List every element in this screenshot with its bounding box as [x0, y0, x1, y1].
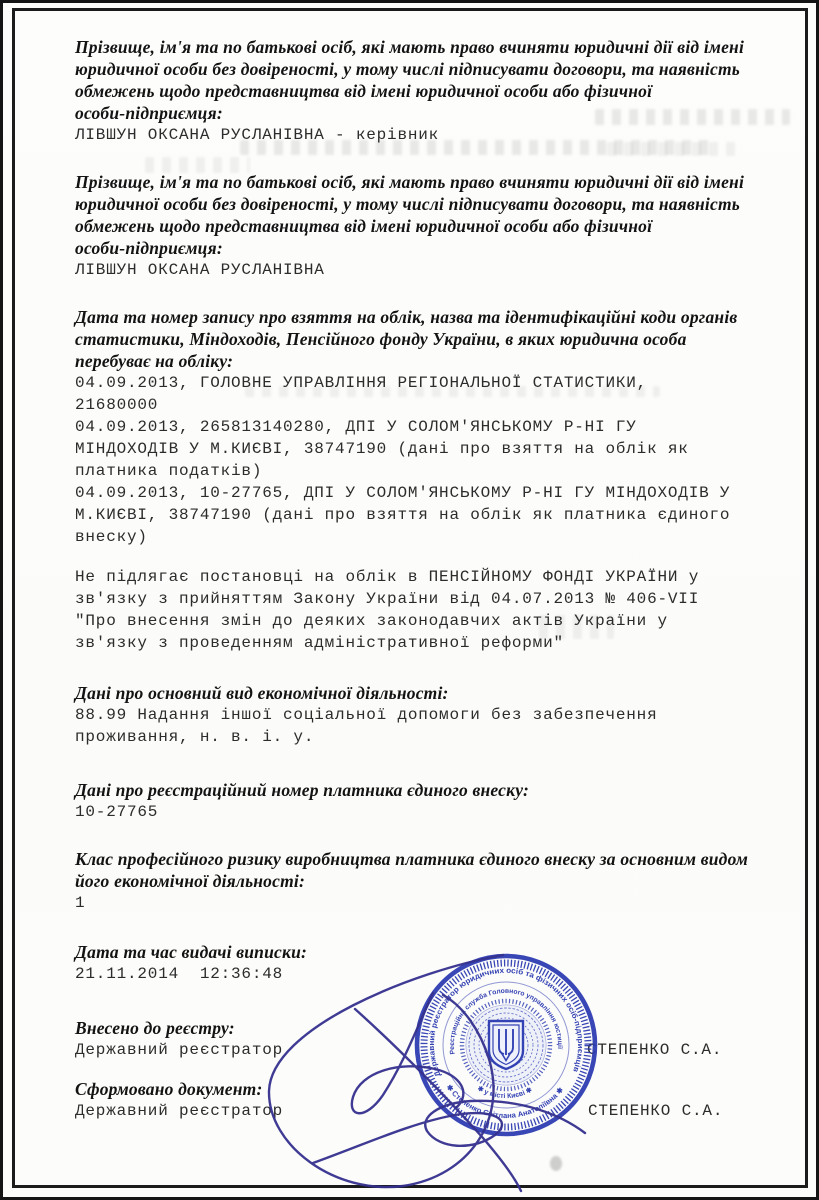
- value-line: зв'язку з прийняттям Закону України від …: [75, 588, 699, 610]
- heading-line: Дані про основний вид економічної діяльн…: [75, 682, 658, 704]
- entered-heading: Внесено до реєстру:: [75, 1017, 235, 1039]
- value-line: 04.09.2013, 10-27765, ДПІ У СОЛОМ'ЯНСЬКО…: [75, 482, 737, 504]
- heading-line: юридичної особи без довіреності, у тому …: [75, 193, 744, 215]
- heading-line: особи-підприємця:: [75, 102, 744, 124]
- heading-line: обмежень щодо представництва від імені ю…: [75, 215, 744, 237]
- document-block: Прізвище, ім'я та по батькові осіб, які …: [75, 171, 744, 281]
- official-stamp: Державний реєстратор юридичних осіб та ф…: [410, 949, 602, 1141]
- entered-role: Державний реєстратор: [75, 1039, 283, 1061]
- document-block: Прізвище, ім'я та по батькові осіб, які …: [75, 36, 744, 146]
- value-line: 21680000: [75, 394, 737, 416]
- heading-line: перебуває на обліку:: [75, 350, 737, 372]
- trident-emblem-icon: [489, 1021, 523, 1069]
- value-line: внеску): [75, 526, 737, 548]
- value-line: 88.99 Надання іншої соціальної допомоги …: [75, 704, 658, 726]
- document-block: Дата та номер запису про взяття на облік…: [75, 306, 737, 548]
- value-line: Не підлягає постановці на облік в ПЕНСІЙ…: [75, 566, 699, 588]
- heading-line: Дата та номер запису про взяття на облік…: [75, 306, 737, 328]
- heading-line: юридичної особи без довіреності, у тому …: [75, 58, 744, 80]
- formed-role: Державний реєстратор: [75, 1100, 283, 1122]
- document-block: Дата та час видачі виписки:21.11.2014 12…: [75, 941, 307, 985]
- svg-text:✱ у місті Києві ✱: ✱ у місті Києві ✱: [476, 1084, 533, 1100]
- value-line: ЛІВШУН ОКСАНА РУСЛАНІВНА: [75, 259, 744, 281]
- value-line: проживання, н. в. і. у.: [75, 726, 658, 748]
- heading-line: Клас професійного ризику виробництва пла…: [75, 848, 748, 870]
- heading-line: Дані про реєстраційний номер платника єд…: [75, 779, 529, 801]
- document-block: Дані про основний вид економічної діяльн…: [75, 682, 658, 748]
- value-line: 04.09.2013, 265813140280, ДПІ У СОЛОМ'ЯН…: [75, 416, 737, 438]
- heading-line: його економічної діяльності:: [75, 870, 748, 892]
- value-line: М.КИЄВІ, 38747190 (дані про взяття на об…: [75, 504, 737, 526]
- value-line: зв'язку з проведенням адміністративної р…: [75, 632, 699, 654]
- value-line: 10-27765: [75, 801, 529, 823]
- heading-line: Прізвище, ім'я та по батькові осіб, які …: [75, 36, 744, 58]
- value-line: МІНДОХОДІВ У М.КИЄВІ, 38747190 (дані про…: [75, 438, 737, 460]
- document-block: Дані про реєстраційний номер платника єд…: [75, 779, 529, 823]
- heading-line: особи-підприємця:: [75, 237, 744, 259]
- heading-line: Дата та час видачі виписки:: [75, 941, 307, 963]
- value-line: 21.11.2014 12:36:48: [75, 963, 307, 985]
- heading-line: Прізвище, ім'я та по батькові осіб, які …: [75, 171, 744, 193]
- value-line: 04.09.2013, ГОЛОВНЕ УПРАВЛІННЯ РЕГІОНАЛЬ…: [75, 372, 737, 394]
- document-block: Не підлягає постановці на облік в ПЕНСІЙ…: [75, 566, 699, 654]
- value-line: 1: [75, 892, 748, 914]
- scanned-document-page: Прізвище, ім'я та по батькові осіб, які …: [0, 0, 819, 1200]
- value-line: "Про внесення змін до деяких законодавчи…: [75, 610, 699, 632]
- value-line: ЛІВШУН ОКСАНА РУСЛАНІВНА - керівник: [75, 124, 744, 146]
- entered-signer: СТЕПЕНКО С.А.: [587, 1039, 722, 1061]
- value-line: платника податків): [75, 460, 737, 482]
- formed-heading: Сформовано документ:: [75, 1078, 263, 1100]
- heading-line: обмежень щодо представництва від імені ю…: [75, 80, 744, 102]
- heading-line: статистики, Міндоходів, Пенсійного фонду…: [75, 328, 737, 350]
- formed-signer: СТЕПЕНКО С.А.: [588, 1100, 723, 1122]
- document-block: Клас професійного ризику виробництва пла…: [75, 848, 748, 914]
- stamp-ring-middle-bottom: ✱ у місті Києві ✱: [476, 1084, 533, 1100]
